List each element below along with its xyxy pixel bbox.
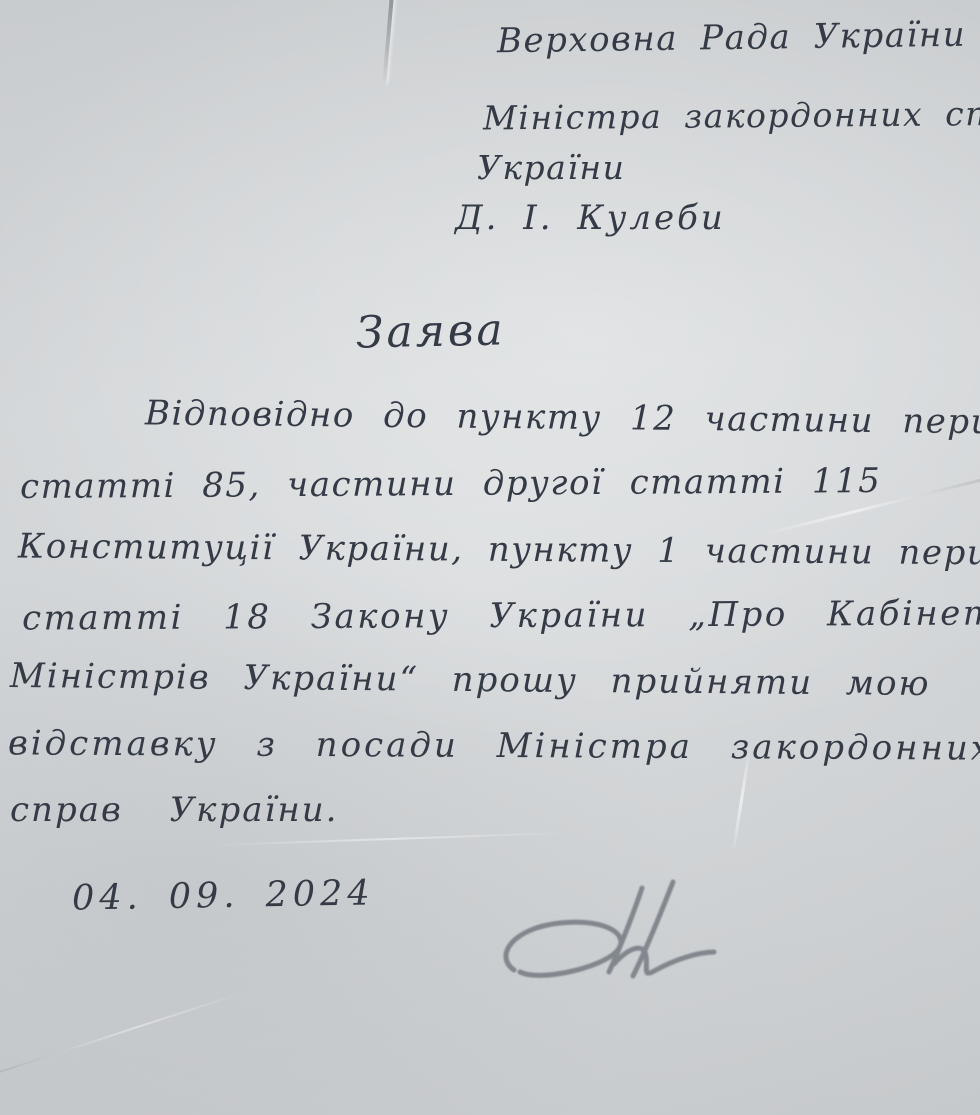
paper-crease-top: [382, 0, 394, 84]
body-line-6: відставку з посади Міністра закордонних: [8, 723, 980, 768]
body-line-2: статті 85, частини другої статті 115: [20, 461, 882, 507]
addressee-line-ukraine: України: [477, 148, 625, 187]
body-line-5: Міністрів України“ прошу прийняти мою: [10, 656, 931, 704]
letter-date: 04. 09. 2024: [72, 873, 375, 918]
paper-crease-date: [210, 832, 570, 847]
addressee-line-minister-title: Міністра закордонних справ: [483, 94, 980, 138]
body-line-4: статті 18 Закону України „Про Кабінет: [22, 593, 980, 638]
letter-title: Заява: [355, 304, 506, 358]
body-line-1: Відповідно до пункту 12 частини першої: [145, 393, 980, 442]
addressee-line-verkhovna-rada: Верховна Рада України: [497, 15, 967, 62]
body-line-3: Конституції України, пункту 1 частини пе…: [18, 526, 980, 573]
body-line-7: справ України.: [10, 790, 338, 830]
addressee-line-kuleba-name: Д. І. Кулеби: [455, 198, 726, 238]
paper-crease-bottom: [0, 992, 243, 1080]
letter-paper: Верховна Рада України Міністра закордонн…: [0, 0, 980, 1115]
signature-scribble: [492, 872, 762, 1012]
